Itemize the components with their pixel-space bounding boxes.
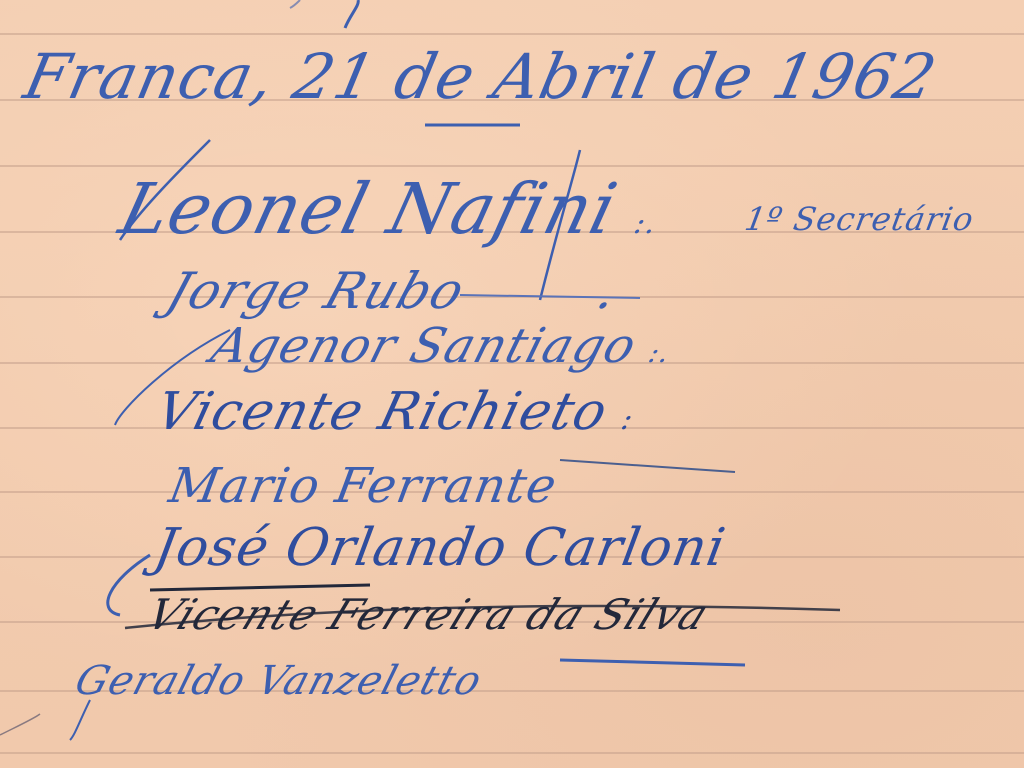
signature-jorge-rubo: Jorge Rubo . [160, 262, 626, 320]
date-line: Franca, 21 de Abril de 1962 [18, 40, 943, 113]
signature-agenor-santiago: Agenor Santiago :. [205, 318, 680, 374]
signature-name: Jorge Rubo [160, 262, 472, 320]
signature-vicente-richieto: Vicente Richieto : [150, 382, 642, 442]
signature-suffix: : [618, 402, 638, 437]
ruled-line [0, 33, 1024, 35]
signature-name: Vicente Richieto [150, 382, 614, 442]
signature-name: Vicente Ferreira da Silva [140, 590, 717, 639]
signature-jose-orlando-carloni: José Orlando Carloni [150, 518, 730, 578]
signature-suffix: :. [630, 206, 660, 241]
signature-name: Agenor Santiago [205, 318, 643, 374]
signature-suffix: . [590, 262, 626, 320]
signature-name: Mario Ferrante [165, 458, 561, 514]
ruled-line [0, 165, 1024, 167]
signature-name: José Orlando Carloni [150, 518, 730, 578]
document-page: Franca, 21 de Abril de 1962 Leonel Nafin… [0, 0, 1024, 768]
signature-suffix: :. [645, 336, 675, 369]
signature-mario-ferrante: Mario Ferrante [165, 458, 561, 514]
ruled-line [0, 752, 1024, 754]
signature-role: 1º Secretário [742, 200, 977, 238]
signature-name: Geraldo Vanzeletto [70, 658, 487, 704]
signature-vicente-ferreira-da-silva: Vicente Ferreira da Silva [140, 590, 717, 639]
signature-geraldo-vanzeletto: Geraldo Vanzeletto [70, 658, 487, 704]
signature-name: Leonel Nafini [112, 168, 625, 250]
signature-leonel-nafini: Leonel Nafini :. [112, 168, 670, 250]
